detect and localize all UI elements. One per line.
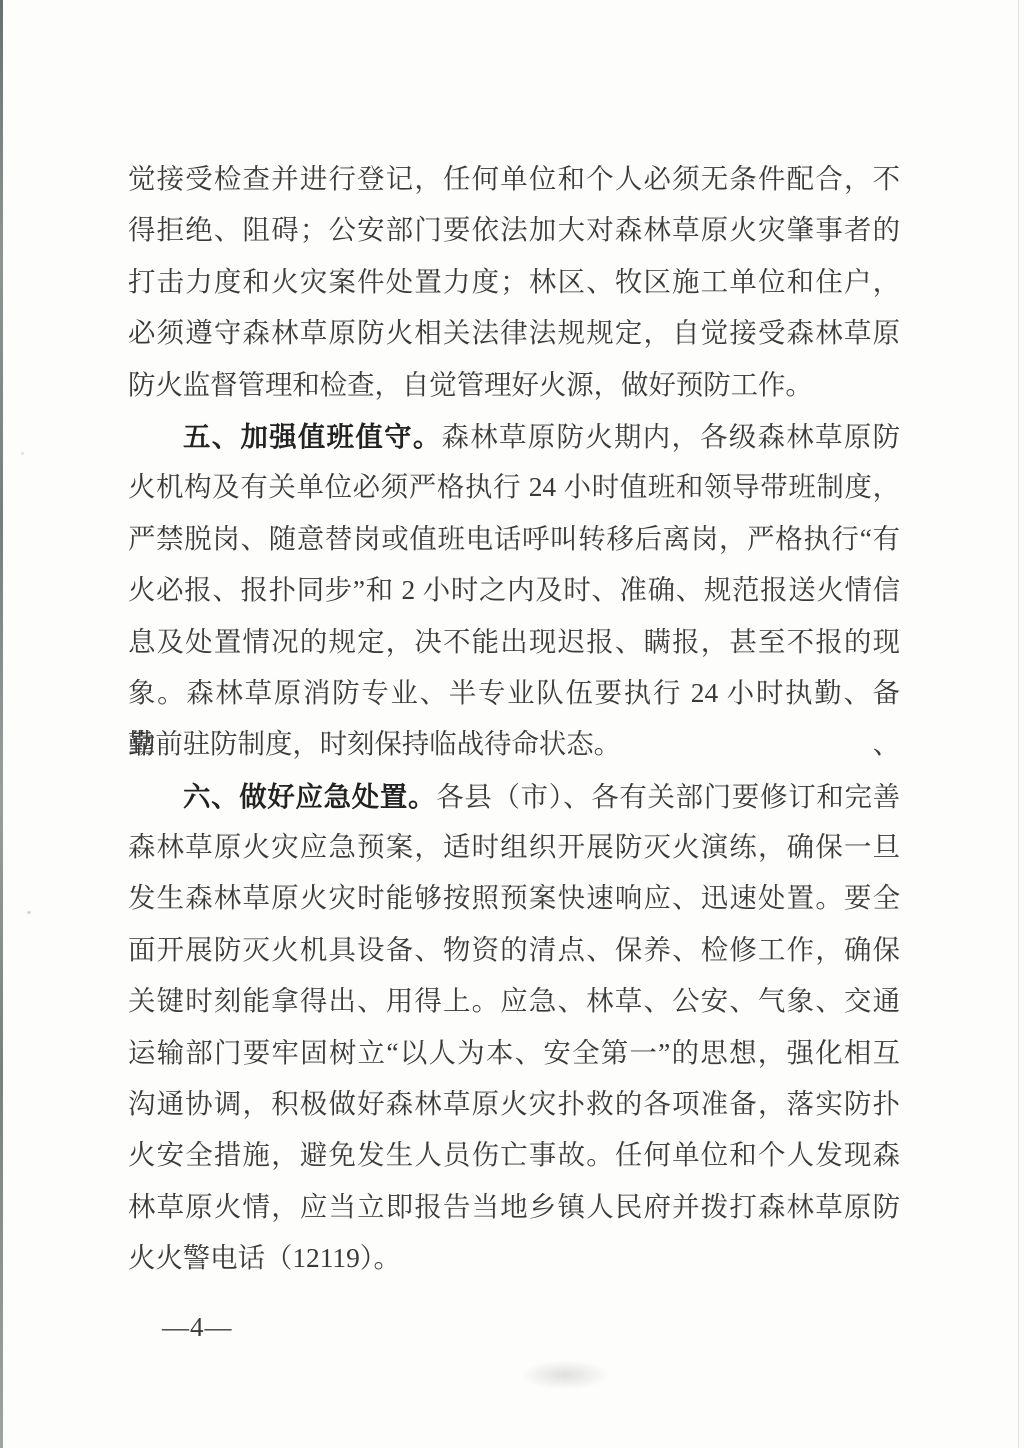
text-line: 严禁脱岗、随意替岗或值班电话呼叫转移后离岗，严格执行“有 [128, 514, 900, 565]
text-run: 各县（市）、各有关部门要修订和完善 [436, 782, 900, 812]
text-run: 必须遵守森林草原防火相关法律法规规定，自觉接受森林草原 [128, 318, 900, 348]
text-run: 面开展防灭火机具设备、物资的清点、保养、检修工作，确保 [128, 935, 900, 965]
text-run: 火安全措施，避免发生人员伤亡事故。任何单位和个人发现森 [128, 1140, 900, 1170]
text-line: 关键时刻能拿得出、用得上。应急、林草、公安、气象、交通 [128, 976, 900, 1027]
text-line: 沟通协调，积极做好森林草原火灾扑救的各项准备，落实防扑 [128, 1079, 900, 1130]
text-run: 林草原火情，应当立即报告当地乡镇人民府并拨打森林草原防 [128, 1192, 900, 1222]
scan-smudge [520, 1360, 610, 1390]
section-heading: 五、加强值班值守。 [183, 421, 442, 452]
text-run: 严禁脱岗、随意替岗或值班电话呼叫转移后离岗，严格执行“有 [128, 524, 900, 554]
text-line: 五、加强值班值守。森林草原防火期内，各级森林草原防 [128, 411, 900, 462]
section-heading: 六、做好应急处置。 [183, 781, 436, 812]
text-line: 发生森林草原火灾时能够按照预案快速响应、迅速处置。要全 [128, 873, 900, 924]
text-line: 火火警电话（12119）。 [128, 1233, 900, 1284]
page-number: —4— [162, 1312, 233, 1342]
text-run: 息及处置情况的规定，决不能出现迟报、瞒报，甚至不报的现 [128, 627, 900, 657]
scan-edge-right [1018, 0, 1019, 1448]
text-line: 面开展防灭火机具设备、物资的清点、保养、检修工作，确保 [128, 925, 900, 976]
text-run: 防火监督管理和检查，自觉管理好火源，做好预防工作。 [128, 370, 813, 400]
scan-speckle [27, 911, 31, 914]
text-line: 防火监督管理和检查，自觉管理好火源，做好预防工作。 [128, 360, 900, 411]
text-line: 森林草原火灾应急预案，适时组织开展防灭火演练，确保一旦 [128, 822, 900, 873]
text-line: 火必报、报扑同步”和 2 小时之内及时、准确、规范报送火情信 [128, 565, 900, 616]
text-line: 必须遵守森林草原防火相关法律法规规定，自觉接受森林草原 [128, 308, 900, 359]
text-run: 森林草原防火期内，各级森林草原防 [442, 422, 900, 452]
text-line: 息及处置情况的规定，决不能出现迟报、瞒报，甚至不报的现 [128, 617, 900, 668]
text-run: 得拒绝、阻碍；公安部门要依法加大对森林草原火灾肇事者的 [128, 215, 900, 245]
text-line: 得拒绝、阻碍；公安部门要依法加大对森林草原火灾肇事者的 [128, 205, 900, 256]
text-line: 林草原火情，应当立即报告当地乡镇人民府并拨打森林草原防 [128, 1182, 900, 1233]
scan-speckle [21, 452, 24, 455]
text-run: 火机构及有关单位必须严格执行 24 小时值班和领导带班制度， [128, 472, 900, 502]
text-run: 运输部门要牢固树立“以人为本、安全第一”的思想，强化相互 [128, 1038, 900, 1068]
text-line: 火安全措施，避免发生人员伤亡事故。任何单位和个人发现森 [128, 1130, 900, 1181]
scan-edge-left [0, 0, 3, 1448]
text-line: 觉接受检查并进行登记，任何单位和个人必须无条件配合，不 [128, 154, 900, 205]
text-run: 沟通协调，积极做好森林草原火灾扑救的各项准备，落实防扑 [128, 1089, 900, 1119]
text-line: 象。森林草原消防专业、半专业队伍要执行 24 小时执勤、备勤、 [128, 668, 900, 719]
text-line: 运输部门要牢固树立“以人为本、安全第一”的思想，强化相互 [128, 1028, 900, 1079]
text-run: 觉接受检查并进行登记，任何单位和个人必须无条件配合，不 [128, 164, 900, 194]
text-line: 六、做好应急处置。各县（市）、各有关部门要修订和完善 [128, 771, 900, 822]
text-run: 火必报、报扑同步”和 2 小时之内及时、准确、规范报送火情信 [128, 575, 900, 605]
text-run: 火火警电话（12119）。 [128, 1243, 401, 1273]
text-run: 打击力度和火灾案件处置力度；林区、牧区施工单位和住户， [128, 267, 900, 297]
text-run: 关键时刻能拿得出、用得上。应急、林草、公安、气象、交通 [128, 986, 900, 1016]
scanned-document-page: 觉接受检查并进行登记，任何单位和个人必须无条件配合，不得拒绝、阻碍；公安部门要依… [0, 0, 1024, 1448]
document-body: 觉接受检查并进行登记，任何单位和个人必须无条件配合，不得拒绝、阻碍；公安部门要依… [128, 154, 900, 1285]
text-line: 打击力度和火灾案件处置力度；林区、牧区施工单位和住户， [128, 257, 900, 308]
text-run: 发生森林草原火灾时能够按照预案快速响应、迅速处置。要全 [128, 883, 900, 913]
text-line: 火机构及有关单位必须严格执行 24 小时值班和领导带班制度， [128, 462, 900, 513]
text-run: 森林草原火灾应急预案，适时组织开展防灭火演练，确保一旦 [128, 832, 900, 862]
text-run: 靠前驻防制度，时刻保持临战待命状态。 [128, 729, 621, 759]
